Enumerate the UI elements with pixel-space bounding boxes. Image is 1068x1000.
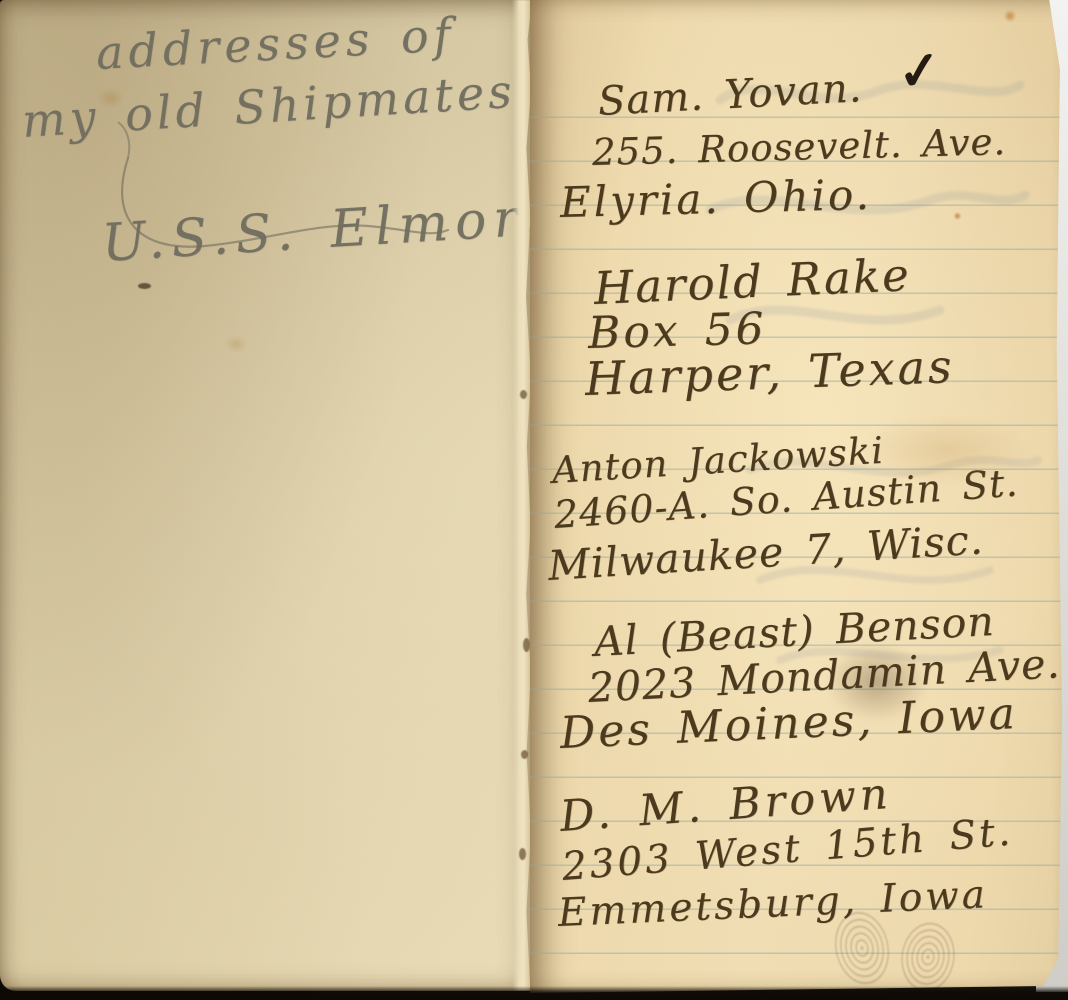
gutter-speck: [521, 750, 528, 759]
left-page: addresses of my old Shipmates U.S.S. Elm…: [0, 0, 530, 991]
entry-2-name: Harold Rake: [593, 252, 911, 311]
gutter-speck: [519, 848, 526, 860]
entry-1-street: 255. Roosevelt. Ave.: [592, 123, 1007, 171]
notebook-scan: addresses of my old Shipmates U.S.S. Elm…: [0, 0, 1068, 1000]
entry-1-checkmark-icon: ✓: [895, 43, 945, 99]
entry-2-city: Harper, Texas: [584, 343, 955, 402]
paper-stain: [1003, 10, 1017, 22]
gutter-speck: [523, 638, 530, 652]
gutter-speck: [520, 390, 527, 399]
right-page: Sam. Yovan. ✓ 255. Roosevelt. Ave. Elyri…: [530, 0, 1062, 993]
paper-stain: [225, 336, 247, 352]
entry-1-city: Elyria. Ohio.: [559, 174, 872, 224]
